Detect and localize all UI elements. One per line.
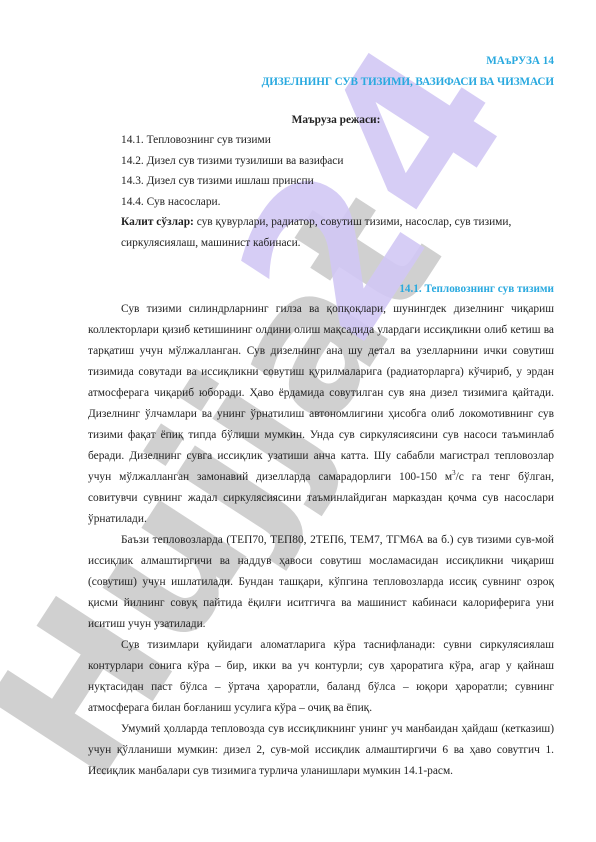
paragraph: Сув тизимлари қуйидаги аломатларига кўра… [88,635,554,719]
keywords-text: сув қувурлари, радиатор, совутиш тизими,… [194,216,512,228]
plan-item: 14.4. Сув насослари. [121,192,554,213]
plan-item: 14.3. Дизел сув тизими ишлаш принспи [121,171,554,192]
plan-item: 14.1. Тепловознинг сув тизими [121,130,554,151]
lecture-number: МАъРУЗА 14 [88,52,554,70]
lecture-title: ДИЗЕЛНИНГ СУВ ТИЗИМИ, ВАЗИФАСИ ВА ЧИЗМАС… [88,73,554,91]
document-body: МАъРУЗА 14 ДИЗЕЛНИНГ СУВ ТИЗИМИ, ВАЗИФАС… [88,52,554,782]
keywords: Калит сўзлар: сув қувурлари, радиатор, с… [121,212,554,233]
plan-list: 14.1. Тепловознинг сув тизими 14.2. Дизе… [88,130,554,254]
plan-heading: Маъруза режаси: [88,110,554,130]
keywords-continued: сиркулясиялаш, машинист кабинаси. [121,233,554,254]
paragraph: Сув тизими силиндрларнинг гилза ва қопқо… [88,299,554,530]
paragraph-text: Сув тизими силиндрларнинг гилза ва қопқо… [88,303,554,483]
plan-item: 14.2. Дизел сув тизими тузилиши ва вазиф… [121,151,554,172]
keywords-label: Калит сўзлар: [121,216,194,228]
section-heading: 14.1. Тепловознинг сув тизими [88,279,554,299]
document-page: Hujjat 24 МАъРУЗА 14 ДИЗЕЛНИНГ СУВ ТИЗИМ… [0,0,596,842]
paragraph: Баъзи тепловозларда (ТЕП70, ТЕП80, 2ТЕП6… [88,530,554,635]
paragraph: Умумий ҳолларда тепловозда сув иссиқликн… [88,719,554,782]
